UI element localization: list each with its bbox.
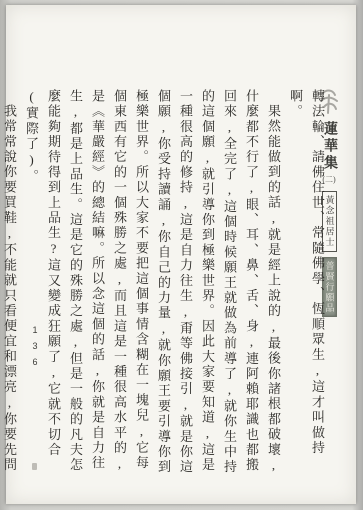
book-page: 蓮華集 (二) 黃念祖居士 普賢行願品 轉法輪、請佛住世、常隨佛學、恆順眾生,這… [6, 5, 356, 504]
page-number: 136 [30, 325, 40, 373]
main-text: 轉法輪、請佛住世、常隨佛學、恆順眾生,這才叫做持啊。 果然能做到的話,就是經上說… [42, 89, 328, 481]
text-paragraph: 果然能做到的話,就是經上說的,最後你諸根都破壞,什麼都不行了,眼、耳、鼻、舌、身… [20, 89, 284, 481]
text-paragraph: 轉法輪、請佛住世、常隨佛學、恆順眾生,這才叫做持啊。 [284, 89, 328, 481]
text-paragraph: 我常常說你要買鞋,不能就只看便宜和漂亮,你要先問問這 [0, 89, 20, 481]
binding-mark [32, 463, 37, 470]
